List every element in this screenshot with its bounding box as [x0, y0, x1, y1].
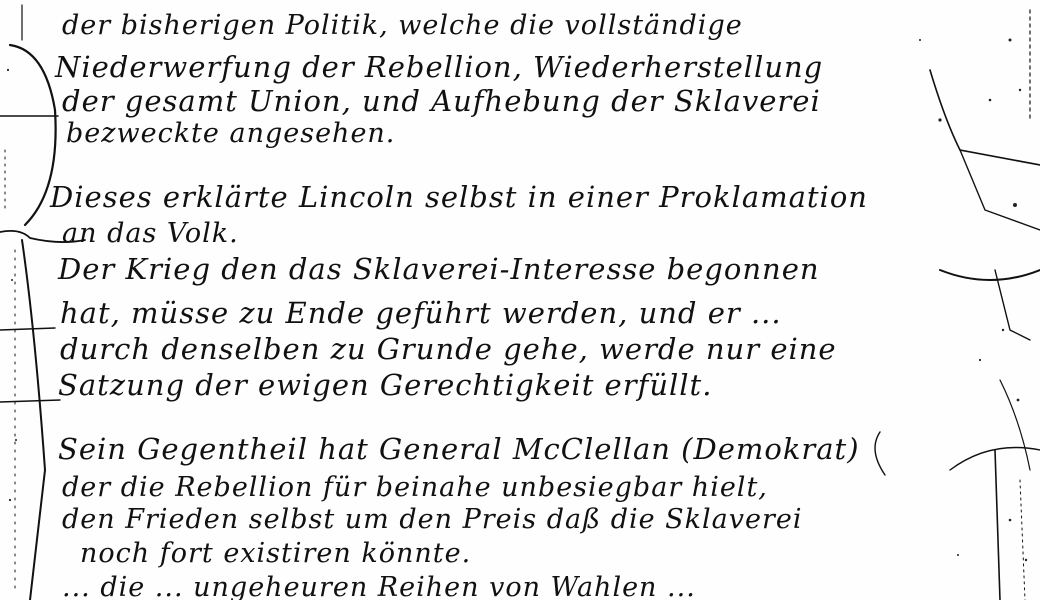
- manuscript-line: Dieses erklärte Lincoln selbst in einer …: [50, 180, 868, 214]
- manuscript-line: hat, müsse zu Ende geführt werden, und e…: [60, 296, 782, 330]
- manuscript-line: den Frieden selbst um den Preis daß die …: [62, 504, 803, 535]
- manuscript-line: an das Volk.: [62, 218, 239, 249]
- manuscript-line: bezweckte angesehen.: [66, 118, 395, 149]
- manuscript-line: der die Rebellion für beinahe unbesiegba…: [62, 472, 768, 503]
- manuscript-line: der bisherigen Politik, welche die volls…: [62, 10, 743, 41]
- manuscript-line: ... die ... ungeheuren Reihen von Wahlen…: [62, 572, 696, 600]
- manuscript-line: Niederwerfung der Rebellion, Wiederherst…: [55, 50, 823, 84]
- manuscript-line: Der Krieg den das Sklaverei-Interesse be…: [58, 252, 820, 286]
- manuscript-line: Satzung der ewigen Gerechtigkeit erfüllt…: [58, 368, 712, 402]
- manuscript-line: noch fort existiren könnte.: [80, 538, 471, 569]
- manuscript-page: der bisherigen Politik, welche die volls…: [0, 0, 1040, 600]
- manuscript-line: durch denselben zu Grunde gehe, werde nu…: [60, 332, 837, 366]
- manuscript-line: Sein Gegentheil hat General McClellan (D…: [58, 432, 860, 466]
- manuscript-line: der gesamt Union, und Aufhebung der Skla…: [62, 84, 821, 118]
